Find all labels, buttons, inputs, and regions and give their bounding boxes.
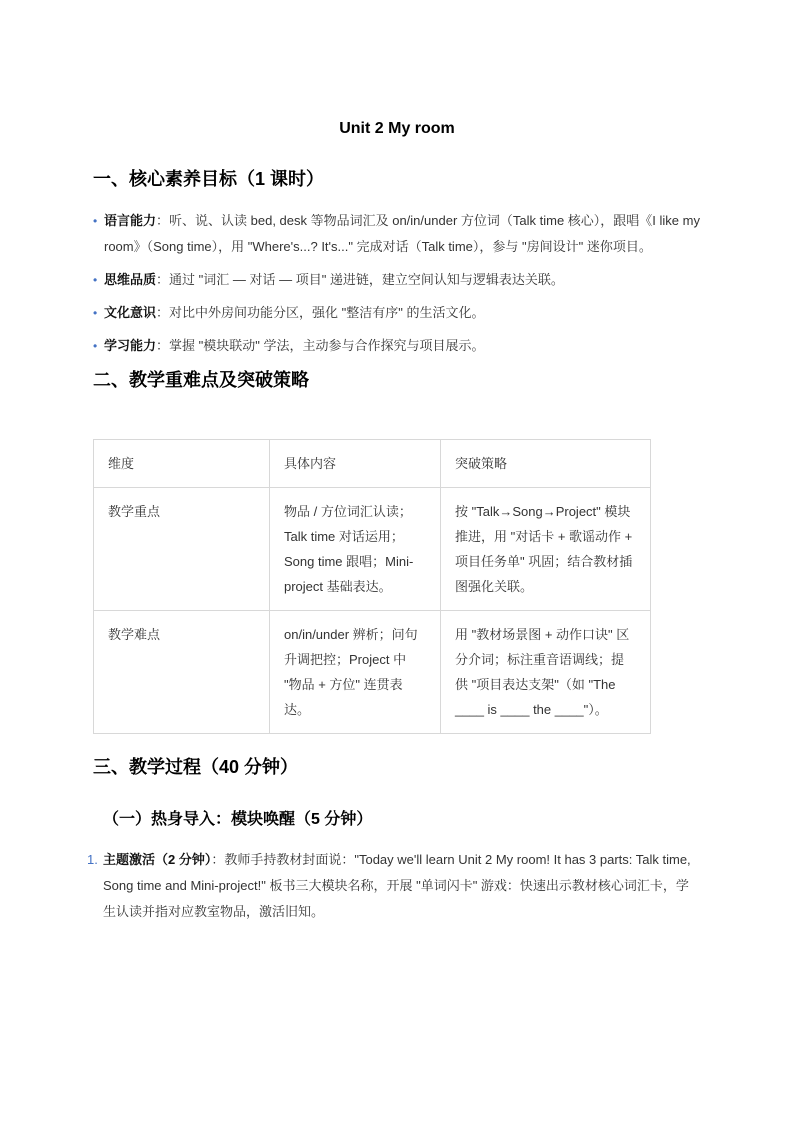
goal-item: •文化意识：对比中外房间功能分区，强化 "整洁有序" 的生活文化。 xyxy=(95,300,701,326)
goal-label: 学习能力 xyxy=(104,338,156,353)
section-heading-core-goals: 一、核心素养目标（1 课时） xyxy=(93,166,701,192)
cell-content: 物品 / 方位词汇认读；Talk time 对话运用；Song time 跟唱；… xyxy=(270,488,441,611)
cell-content: on/in/under 辨析；问句升调把控；Project 中 "物品 + 方位… xyxy=(270,611,441,734)
step-number: 1. xyxy=(87,847,98,873)
step-label: 主题激活（2 分钟） xyxy=(103,852,211,867)
cell-dimension: 教学难点 xyxy=(94,611,270,734)
goal-label: 语言能力 xyxy=(104,213,156,228)
key-points-table: 维度 具体内容 突破策略 教学重点 物品 / 方位词汇认读；Talk time … xyxy=(93,439,651,734)
table-header-row: 维度 具体内容 突破策略 xyxy=(94,440,651,488)
goal-text: ：听、说、认读 bed, desk 等物品词汇及 on/in/under 方位词… xyxy=(104,213,700,254)
goal-item: •思维品质：通过 "词汇 — 对话 — 项目" 递进链，建立空间认知与逻辑表达关… xyxy=(95,267,701,293)
goal-text: ：掌握 "模块联动" 学法，主动参与合作探究与项目展示。 xyxy=(156,338,484,353)
section-heading-key-points: 二、教学重难点及突破策略 xyxy=(93,367,701,393)
goal-item: •语言能力：听、说、认读 bed, desk 等物品词汇及 on/in/unde… xyxy=(95,208,701,260)
cell-strategy: 按 "Talk→Song→Project" 模块推进，用 "对话卡 + 歌谣动作… xyxy=(441,488,651,611)
bullet-icon: • xyxy=(93,333,97,359)
goal-text: ：通过 "词汇 — 对话 — 项目" 递进链，建立空间认知与逻辑表达关联。 xyxy=(156,272,564,287)
goal-label: 思维品质 xyxy=(104,272,156,287)
table-row: 教学重点 物品 / 方位词汇认读；Talk time 对话运用；Song tim… xyxy=(94,488,651,611)
goal-item: •学习能力：掌握 "模块联动" 学法，主动参与合作探究与项目展示。 xyxy=(95,333,701,359)
bullet-icon: • xyxy=(93,300,97,326)
section-heading-process: 三、教学过程（40 分钟） xyxy=(93,754,701,780)
goal-label: 文化意识 xyxy=(104,305,156,320)
goal-text: ：对比中外房间功能分区，强化 "整洁有序" 的生活文化。 xyxy=(156,305,484,320)
table-header-strategy: 突破策略 xyxy=(441,440,651,488)
cell-dimension: 教学重点 xyxy=(94,488,270,611)
table-row: 教学难点 on/in/under 辨析；问句升调把控；Project 中 "物品… xyxy=(94,611,651,734)
page-title: Unit 2 My room xyxy=(93,118,701,140)
document-page: Unit 2 My room 一、核心素养目标（1 课时） •语言能力：听、说、… xyxy=(0,0,794,1123)
bullet-icon: • xyxy=(93,208,97,234)
cell-strategy: 用 "教材场景图 + 动作口诀" 区分介词；标注重音语调线；提供 "项目表达支架… xyxy=(441,611,651,734)
step-item: 1.主题激活（2 分钟）：教师手持教材封面说："Today we'll lear… xyxy=(93,847,701,925)
table-header-content: 具体内容 xyxy=(270,440,441,488)
goal-list: •语言能力：听、说、认读 bed, desk 等物品词汇及 on/in/unde… xyxy=(93,208,701,359)
table-header-dimension: 维度 xyxy=(94,440,270,488)
bullet-icon: • xyxy=(93,267,97,293)
subsection-heading-warmup: （一）热身导入：模块唤醒（5 分钟） xyxy=(103,808,701,832)
process-step-list: 1.主题激活（2 分钟）：教师手持教材封面说："Today we'll lear… xyxy=(93,847,701,925)
